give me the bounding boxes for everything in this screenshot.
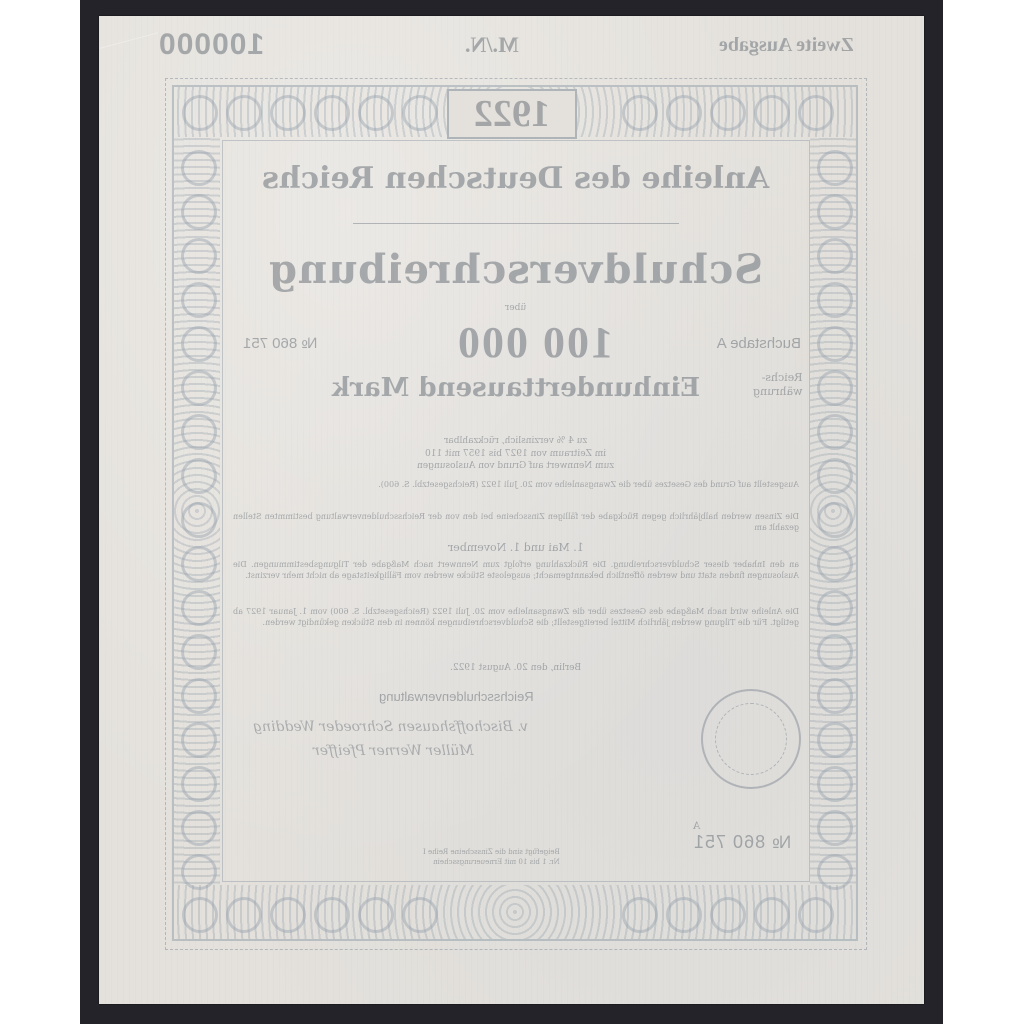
- place-date: Berlin, den 20. August 1922.: [450, 663, 581, 673]
- letter-label: Buchstabe A: [717, 335, 801, 352]
- swirl-ornament-icon: [754, 897, 790, 933]
- swirl-ornament-icon: [710, 897, 746, 933]
- swirl-ornament-icon: [817, 370, 853, 406]
- swirl-ornament-icon: [226, 897, 262, 933]
- swirl-ornament-icon: [817, 326, 853, 362]
- swirl-ornament-icon: [181, 634, 217, 670]
- swirl-ornament-icon: [798, 95, 834, 131]
- issuer: Reichsschuldenverwaltung: [379, 689, 534, 704]
- header-edition: Zweite Ausgabe: [719, 34, 854, 57]
- title-rule: [353, 223, 679, 224]
- serial-number: № 860 751: [693, 832, 791, 853]
- swirl-ornament-icon: [798, 897, 834, 933]
- swirl-ornament-icon: [181, 326, 217, 362]
- swirl-ornament-icon: [817, 854, 853, 890]
- swirl-ornament-icon: [817, 634, 853, 670]
- subtitle-line: Schuldverschreibung: [223, 246, 809, 293]
- swirl-ornament-icon: [666, 897, 702, 933]
- issuer-line: Reichsschuldenverwaltung: [163, 689, 749, 704]
- header-line: 100000 M./N. Zweite Ausgabe: [158, 22, 854, 68]
- year-label: 1922: [474, 92, 550, 136]
- swirl-ornament-icon: [181, 810, 217, 846]
- swirl-ornament-icon: [817, 810, 853, 846]
- small-line-2: im Zeitraum von 1927 bis 1957 mit 110: [223, 449, 809, 460]
- footnote-line: Nr. 1 bis 10 mit Erneuerungsschein: [423, 857, 560, 867]
- header-amount: 100000: [158, 28, 264, 62]
- title: Anleihe des Deutschen Reichs: [262, 161, 769, 196]
- swirl-ornament-icon: [817, 150, 853, 186]
- header-series: M./N.: [465, 32, 519, 58]
- swirl-ornament-icon: [181, 502, 217, 538]
- currency-note: Reichs- währung: [753, 371, 803, 399]
- swirl-ornament-icon: [181, 282, 217, 318]
- swirl-ornament-icon: [181, 150, 217, 186]
- paragraph-3: an den Inhaber dieser Schuldverschreibun…: [233, 559, 799, 581]
- swirl-ornament-icon: [817, 414, 853, 450]
- amount-words: Einhunderttausend Mark: [332, 373, 700, 403]
- swirl-ornament-icon: [226, 95, 262, 131]
- swirl-ornament-icon: [402, 95, 438, 131]
- swirl-ornament-icon: [182, 95, 218, 131]
- swirl-ornament-icon: [817, 722, 853, 758]
- swirl-ornament-icon: [666, 95, 702, 131]
- small-line-3: zum Nennwert auf Grund von Auslosungen: [223, 461, 809, 472]
- swirl-ornament-icon: [402, 897, 438, 933]
- swirl-ornament-icon: [358, 95, 394, 131]
- footnote-line: Beigefügt sind die Zinsscheine Reihe I: [423, 847, 560, 857]
- swirl-ornament-icon: [181, 458, 217, 494]
- signature-row-2: Müller Werner Pfeiffer: [313, 743, 474, 759]
- number-label: № 860 751: [243, 335, 317, 352]
- year-box: 1922: [447, 89, 577, 139]
- amount-row: Buchstabe A 100 000 № 860 751: [223, 317, 809, 367]
- subtitle: Schuldverschreibung: [268, 246, 763, 293]
- swirl-ornament-icon: [817, 502, 853, 538]
- swirl-ornament-icon: [270, 897, 306, 933]
- title-line: Anleihe des Deutschen Reichs: [223, 161, 809, 196]
- interest-dates-line: 1. Mai und 1. November: [223, 541, 809, 554]
- paragraph-4: Die Anleihe wird nach Maßgabe des Gesetz…: [233, 606, 799, 628]
- small-line-text: im Zeitraum von 1927 bis 1957 mit 110: [425, 449, 606, 460]
- amount-figure: 100 000: [456, 317, 613, 368]
- swirl-ornament-icon: [182, 897, 218, 933]
- swirl-ornament-icon: [817, 766, 853, 802]
- swirl-ornament-icon: [817, 458, 853, 494]
- swirl-ornament-icon: [270, 95, 306, 131]
- paragraph-2: Die Zinsen werden halbjährlich gegen Rüc…: [233, 511, 799, 533]
- signature-row-1: v. Bischoffshausen Schroeder Wedding: [253, 719, 528, 735]
- swirl-ornament-icon: [181, 590, 217, 626]
- swirl-ornament-icon: [181, 238, 217, 274]
- amount-words-line: Einhunderttausend Mark: [223, 373, 809, 403]
- swirl-ornament-icon: [314, 95, 350, 131]
- swirl-ornament-icon: [181, 370, 217, 406]
- swirl-ornament-icon: [181, 854, 217, 890]
- swirl-ornament-icon: [181, 546, 217, 582]
- footnote: Beigefügt sind die Zinsscheine Reihe I N…: [423, 847, 560, 867]
- swirl-ornament-icon: [622, 897, 658, 933]
- interest-dates: 1. Mai und 1. November: [448, 541, 584, 554]
- over-line: über: [223, 303, 809, 313]
- swirl-ornament-icon: [181, 414, 217, 450]
- swirl-ornament-icon: [754, 95, 790, 131]
- swirl-ornament-icon: [181, 766, 217, 802]
- small-line-text: zum Nennwert auf Grund von Auslosungen: [417, 461, 614, 472]
- official-seal-stamp: [701, 689, 801, 789]
- serial-block: A № 860 751: [693, 821, 791, 853]
- small-line-1: zu 4 % verzinslich, rückzahlbar: [223, 436, 809, 447]
- swirl-ornament-icon: [817, 678, 853, 714]
- swirl-ornament-icon: [181, 722, 217, 758]
- certificate-body: Anleihe des Deutschen Reichs Schuldversc…: [222, 140, 810, 882]
- swirl-ornament-icon: [817, 546, 853, 582]
- swirl-ornament-icon: [817, 194, 853, 230]
- place-date-line: Berlin, den 20. August 1922.: [223, 663, 809, 673]
- swirl-ornament-icon: [314, 897, 350, 933]
- paragraph-1: Ausgestellt auf Grund des Gesetzes über …: [233, 479, 799, 490]
- swirl-ornament-icon: [817, 590, 853, 626]
- swirl-ornament-icon: [817, 282, 853, 318]
- over-label: über: [505, 303, 526, 313]
- swirl-ornament-icon: [358, 897, 394, 933]
- swirl-ornament-icon: [710, 95, 746, 131]
- serial-letter: A: [693, 821, 791, 832]
- small-line-text: zu 4 % verzinslich, rückzahlbar: [444, 436, 587, 447]
- swirl-ornament-icon: [181, 194, 217, 230]
- swirl-ornament-icon: [817, 238, 853, 274]
- swirl-ornament-icon: [622, 95, 658, 131]
